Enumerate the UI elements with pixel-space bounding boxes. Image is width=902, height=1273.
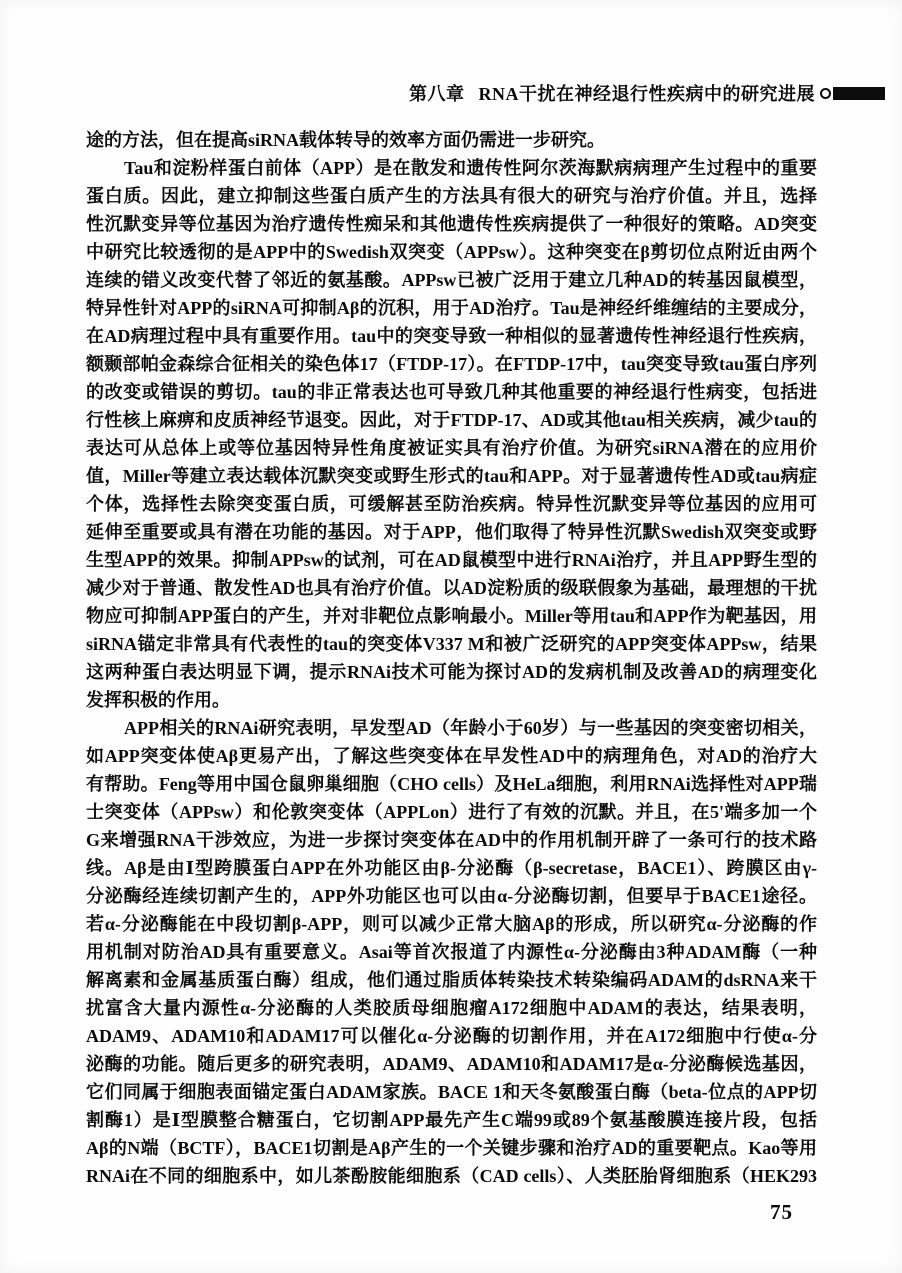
text-line: ADAM9、ADAM10和ADAM17可以催化α-分泌酶的切割作用，并在A172… — [86, 1022, 817, 1050]
text-line: 割酶1）是Ⅰ型膜整合糖蛋白，它切割APP最先产生C端99或89个氨基酸膜连接片段… — [86, 1106, 817, 1134]
text-line: 这两种蛋白表达明显下调，提示RNAi技术可能为探讨AD的发病机制及改善AD的病理… — [86, 658, 817, 686]
text-line: 表达可从总体上或等位基因特异性角度被证实具有治疗价值。为研究siRNA潜在的应用… — [86, 434, 817, 462]
text-line: 有帮助。Feng等用中国仓鼠卵巢细胞（CHO cells）及HeLa细胞，利用R… — [86, 770, 817, 798]
running-head: 第八章 RNA干扰在神经退行性疾病中的研究进展 — [0, 82, 885, 104]
text-line: 连续的错义改变代替了邻近的氨基酸。APPsw已被广泛用于建立几种AD的转基因鼠模… — [86, 266, 817, 294]
text-line: 性沉默变异等位基因为治疗遗传性痴呆和其他遗传性疾病提供了一种很好的策略。AD突变 — [86, 210, 817, 238]
text-line: 减少对于普通、散发性AD也具有治疗价值。以AD淀粉质的级联假象为基础，最理想的干… — [86, 574, 817, 602]
text-line: APP相关的RNAi研究表明，早发型AD（年龄小于60岁）与一些基因的突变密切相… — [86, 714, 817, 742]
text-line: 的改变或错误的剪切。tau的非正常表达也可导致几种其他重要的神经退行性病变，包括… — [86, 378, 817, 406]
text-line: 生型APP的效果。抑制APPsw的试剂，可在AD鼠模型中进行RNAi治疗，并且A… — [86, 546, 817, 574]
text-line: 值，Miller等建立表达载体沉默突变或野生形式的tau和APP。对于显著遗传性… — [86, 462, 817, 490]
text-line: RNAi在不同的细胞系中，如儿茶酚胺能细胞系（CAD cells）、人类胚胎肾细… — [86, 1162, 817, 1190]
text-line: 行性核上麻痹和皮质神经节退变。因此，对于FTDP-17、AD或其他tau相关疾病… — [86, 406, 817, 434]
text-line: 特异性针对APP的siRNA可抑制Aβ的沉积，用于AD治疗。Tau是神经纤维缠结… — [86, 294, 817, 322]
text-line: 发挥积极的作用。 — [86, 686, 817, 714]
text-line: 它们同属于细胞表面锚定蛋白ADAM家族。BACE 1和天冬氨酸蛋白酶（beta-… — [86, 1078, 817, 1106]
chapter-title: RNA干扰在神经退行性疾病中的研究进展 — [479, 80, 816, 106]
text-line: 额颞部帕金森综合征相关的染色体17（FTDP-17）。在FTDP-17中，tau… — [86, 350, 817, 378]
text-line: 个体，选择性去除突变蛋白质，可缓解甚至防治疾病。特异性沉默变异等位基因的应用可 — [86, 490, 817, 518]
page-number: 75 — [770, 1200, 793, 1225]
text-line: 在AD病理过程中具有重要作用。tau中的突变导致一种相似的显著遗传性神经退行性疾… — [86, 322, 817, 350]
chapter-number: 第八章 — [409, 80, 465, 106]
text-line: 士突变体（APPsw）和伦敦突变体（APPLon）进行了有效的沉默。并且，在5'… — [86, 798, 817, 826]
text-line: 泌酶的功能。随后更多的研究表明，ADAM9、ADAM10和ADAM17是α-分泌… — [86, 1050, 817, 1078]
text-line: 用机制对防治AD具有重要意义。Asai等首次报道了内源性α-分泌酶由3种ADAM… — [86, 938, 817, 966]
text-line: 分泌酶经连续切割产生的，APP外功能区也可以由α-分泌酶切割，但要早于BACE1… — [86, 882, 817, 910]
text-line: 解离素和金属基质蛋白酶）组成，他们通过脂质体转染技术转染编码ADAM的dsRNA… — [86, 966, 817, 994]
circle-ornament-icon — [820, 88, 831, 99]
text-line: 途的方法，但在提高siRNA载体转导的效率方面仍需进一步研究。 — [86, 126, 817, 154]
text-line: 蛋白质。因此，建立抑制这些蛋白质产生的方法具有很大的研究与治疗价值。并且，选择 — [86, 182, 817, 210]
text-line: 线。Aβ是由Ⅰ型跨膜蛋白APP在外功能区由β-分泌酶（β-secretase，B… — [86, 854, 817, 882]
text-line: Tau和淀粉样蛋白前体（APP）是在散发和遗传性阿尔茨海默病病理产生过程中的重要 — [86, 154, 817, 182]
text-line: Aβ的N端（BCTF），BACE1切割是Aβ产生的一个关键步骤和治疗AD的重要靶… — [86, 1134, 817, 1162]
text-line: 中研究比较透彻的是APP中的Swedish双突变（APPsw）。这种突变在β剪切… — [86, 238, 817, 266]
text-line: 物应可抑制APP蛋白的产生，并对非靶位点影响最小。Miller等用tau和APP… — [86, 602, 817, 630]
text-line: siRNA锚定非常具有代表性的tau的突变体V337 M和被广泛研究的APP突变… — [86, 630, 817, 658]
header-bar-ornament — [833, 87, 885, 100]
text-line: 延伸至重要或具有潜在功能的基因。对于APP，他们取得了特异性沉默Swedish双… — [86, 518, 817, 546]
text-line: 如APP突变体使Aβ更易产出，了解这些突变体在早发性AD中的病理角色，对AD的治… — [86, 742, 817, 770]
text-line: 扰富含大量内源性α-分泌酶的人类胶质母细胞瘤A172细胞中ADAM的表达，结果表… — [86, 994, 817, 1022]
text-line: G来增强RNA干涉效应，为进一步探讨突变体在AD中的作用机制开辟了一条可行的技术… — [86, 826, 817, 854]
text-line: 若α-分泌酶能在中段切割β-APP，则可以减少正常大脑Aβ的形成，所以研究α-分… — [86, 910, 817, 938]
scanned-book-page: 第八章 RNA干扰在神经退行性疾病中的研究进展 途的方法，但在提高siRNA载体… — [0, 0, 902, 1273]
body-text: 途的方法，但在提高siRNA载体转导的效率方面仍需进一步研究。Tau和淀粉样蛋白… — [86, 126, 817, 1190]
